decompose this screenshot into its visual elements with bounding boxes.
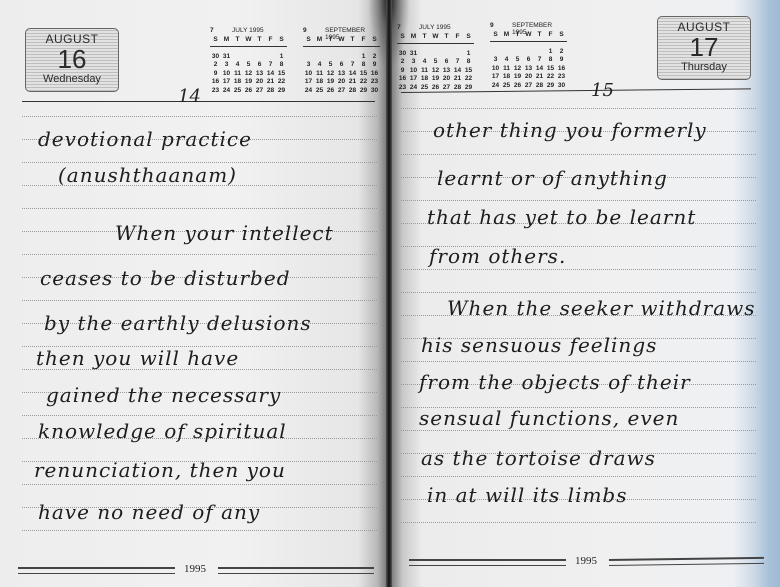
- handwriting-line: by the earthly delusions: [44, 311, 312, 335]
- calendar-day: 25: [501, 81, 512, 90]
- calendar-day: 28: [265, 86, 276, 95]
- calendar-day: 12: [325, 69, 336, 78]
- ruled-line: [401, 200, 756, 201]
- calendar-day: 4: [501, 56, 512, 65]
- calendar-day: [534, 47, 545, 56]
- calendar-day: 25: [314, 86, 325, 95]
- calendar-day: 3: [303, 61, 314, 70]
- handwriting-line: sensual functions, even: [419, 406, 679, 430]
- calendar-day: 7: [452, 58, 463, 67]
- calendar-day: 29: [358, 86, 369, 95]
- calendar-day: 23: [369, 78, 380, 87]
- calendar-day: 5: [325, 61, 336, 70]
- calendar-day: [336, 52, 347, 61]
- calendar-day: 15: [358, 69, 369, 78]
- calendar-day: 1: [545, 47, 556, 56]
- page-footer: 1995: [409, 556, 765, 568]
- calendar-day: 29: [463, 83, 474, 92]
- ruled-line: [401, 476, 756, 477]
- calendar-day: [243, 52, 254, 61]
- ruled-line: [22, 530, 377, 531]
- calendar-day: 20: [523, 73, 534, 82]
- calendar-month-index: 7: [210, 27, 214, 34]
- handwriting-line: gained the necessary: [46, 383, 281, 407]
- calendar-day: 7: [347, 61, 358, 70]
- handwriting-line: from the objects of their: [419, 370, 691, 394]
- calendar-day: [265, 52, 276, 61]
- calendar-day: 14: [347, 69, 358, 78]
- date-day: 16: [26, 46, 118, 72]
- calendar-day: 9: [210, 69, 221, 78]
- right-page: 7JULY 1995SMTWTFS30311234567891011121314…: [391, 0, 780, 587]
- calendar-day: 26: [243, 86, 254, 95]
- ruled-line: [22, 484, 377, 485]
- calendar-day: 5: [430, 58, 441, 67]
- handwriting-line: that has yet to be learnt: [427, 205, 696, 229]
- footer-rule-right: [218, 567, 374, 574]
- mini-calendar-september: 9SEPTEMBER 1995SMTWTFS123456789101112131…: [490, 22, 567, 90]
- calendar-day: 4: [419, 58, 430, 67]
- calendar-day: 23: [556, 73, 567, 82]
- calendar-day: 22: [463, 75, 474, 84]
- handwriting-line: have no need of any: [38, 500, 260, 524]
- weekday-header: W: [243, 35, 254, 44]
- calendar-day: 16: [397, 75, 408, 84]
- handwriting-line: learnt or of anything: [437, 166, 668, 190]
- calendar-day: [419, 49, 430, 58]
- weekday-header: T: [441, 32, 452, 41]
- weekday-header: F: [265, 35, 276, 44]
- calendar-day: 15: [545, 64, 556, 73]
- calendar-day: 21: [265, 78, 276, 87]
- calendar-month-index: 9: [303, 27, 307, 34]
- handwriting-line: When your intellect: [115, 221, 334, 245]
- date-box-left: AUGUST 16 Wednesday: [25, 28, 119, 92]
- calendar-day: 11: [501, 64, 512, 73]
- calendar-day: 14: [452, 66, 463, 75]
- calendar-grid: SMTWTFS303112345678910111213141516171819…: [210, 35, 287, 95]
- calendar-day: 16: [556, 64, 567, 73]
- footer-year: 1995: [184, 563, 206, 575]
- calendar-day: [490, 47, 501, 56]
- calendar-day: 17: [221, 78, 232, 87]
- calendar-day: 15: [463, 66, 474, 75]
- calendar-day: [452, 49, 463, 58]
- calendar-header: 7JULY 1995: [210, 27, 287, 35]
- weekday-header: S: [210, 35, 221, 44]
- calendar-day: 6: [523, 56, 534, 65]
- calendar-day: 30: [210, 52, 221, 61]
- calendar-day: 13: [254, 69, 265, 78]
- calendar-day: 31: [221, 52, 232, 61]
- calendar-day: 21: [347, 78, 358, 87]
- ruled-line: [401, 430, 756, 431]
- calendar-day: 4: [314, 61, 325, 70]
- calendar-day: [347, 52, 358, 61]
- calendar-day: 22: [276, 78, 287, 87]
- calendar-day: 23: [397, 83, 408, 92]
- calendar-day: 26: [512, 81, 523, 90]
- calendar-day: 27: [441, 83, 452, 92]
- weekday-header: F: [452, 32, 463, 41]
- calendar-day: 5: [512, 56, 523, 65]
- calendar-day: 20: [336, 78, 347, 87]
- handwriting-line: his sensuous feelings: [421, 333, 657, 357]
- calendar-day: 21: [534, 73, 545, 82]
- calendar-day: 29: [276, 86, 287, 95]
- ruled-line: [401, 522, 756, 523]
- calendar-day: 11: [314, 69, 325, 78]
- date-weekday: Thursday: [658, 61, 750, 73]
- calendar-day: 3: [490, 56, 501, 65]
- calendar-day: 14: [265, 69, 276, 78]
- calendar-rule: [210, 46, 287, 47]
- handwriting-line: (anushthaanam): [58, 163, 237, 187]
- calendar-day: 18: [232, 78, 243, 87]
- binding-gutter: [386, 0, 392, 587]
- calendar-day: 18: [419, 75, 430, 84]
- ruled-line: [22, 254, 377, 255]
- calendar-day: 13: [441, 66, 452, 75]
- calendar-day: 18: [314, 78, 325, 87]
- calendar-day: [303, 52, 314, 61]
- weekday-header: T: [232, 35, 243, 44]
- calendar-day: [512, 47, 523, 56]
- calendar-title: JULY 1995: [419, 24, 451, 31]
- footer-rule-left: [409, 559, 566, 566]
- calendar-day: 26: [430, 83, 441, 92]
- calendar-day: 16: [369, 69, 380, 78]
- ruled-line: [22, 300, 377, 301]
- calendar-day: 12: [512, 64, 523, 73]
- calendar-day: 24: [303, 86, 314, 95]
- calendar-day: 11: [419, 66, 430, 75]
- handwriting-line: knowledge of spiritual: [38, 419, 287, 443]
- page-number: 14: [178, 86, 201, 107]
- calendar-day: [441, 49, 452, 58]
- calendar-day: [325, 52, 336, 61]
- footer-rule-left: [18, 567, 175, 574]
- calendar-day: 23: [210, 86, 221, 95]
- calendar-day: 10: [303, 69, 314, 78]
- page-number: 15: [591, 80, 614, 101]
- calendar-day: 11: [232, 69, 243, 78]
- calendar-day: 10: [221, 69, 232, 78]
- weekday-header: M: [221, 35, 232, 44]
- calendar-day: 8: [545, 56, 556, 65]
- calendar-day: 5: [243, 61, 254, 70]
- calendar-day: 27: [336, 86, 347, 95]
- calendar-header: 9SEPTEMBER 1995: [490, 22, 567, 30]
- calendar-day: 7: [265, 61, 276, 70]
- date-weekday: Wednesday: [26, 73, 118, 85]
- calendar-day: 10: [490, 64, 501, 73]
- ruled-line: [22, 116, 377, 117]
- calendar-day: 28: [347, 86, 358, 95]
- ruled-line: [401, 269, 756, 270]
- calendar-day: 4: [232, 61, 243, 70]
- calendar-day: 12: [243, 69, 254, 78]
- calendar-day: 22: [545, 73, 556, 82]
- calendar-month-index: 9: [490, 22, 494, 29]
- calendar-day: 6: [254, 61, 265, 70]
- calendar-day: [314, 52, 325, 61]
- calendar-day: 15: [276, 69, 287, 78]
- calendar-day: 19: [325, 78, 336, 87]
- diary-spread: AUGUST 16 Wednesday 7JULY 1995SMTWTFS303…: [0, 0, 780, 587]
- handwriting-line: other thing you formerly: [433, 118, 707, 142]
- handwriting-line: from others.: [429, 244, 566, 268]
- calendar-day: 13: [523, 64, 534, 73]
- calendar-grid: SMTWTFS123456789101112131415161718192021…: [490, 30, 567, 90]
- calendar-day: 19: [243, 78, 254, 87]
- date-box-right: AUGUST 17 Thursday: [657, 16, 751, 80]
- calendar-day: 3: [221, 61, 232, 70]
- weekday-header: M: [314, 35, 325, 44]
- handwriting-line: When the seeker withdraws: [447, 296, 756, 320]
- page-footer: 1995: [18, 564, 374, 576]
- weekday-header: T: [254, 35, 265, 44]
- weekday-header: S: [303, 35, 314, 44]
- handwriting-line: as the tortoise draws: [421, 446, 656, 470]
- ruled-line: [22, 415, 377, 416]
- handwriting-line: then you will have: [36, 346, 239, 370]
- calendar-day: 25: [232, 86, 243, 95]
- footer-rule-right: [609, 557, 764, 566]
- weekday-header: S: [276, 35, 287, 44]
- calendar-day: 13: [336, 69, 347, 78]
- calendar-day: 2: [210, 61, 221, 70]
- ruled-line: [401, 292, 756, 293]
- calendar-day: [501, 47, 512, 56]
- calendar-day: 28: [534, 81, 545, 90]
- calendar-day: 27: [254, 86, 265, 95]
- calendar-day: [430, 49, 441, 58]
- calendar-day: 22: [358, 78, 369, 87]
- handwriting-line: renunciation, then you: [34, 458, 286, 482]
- handwriting-line: in at will its limbs: [427, 483, 628, 507]
- calendar-day: 14: [534, 64, 545, 73]
- calendar-day: 6: [441, 58, 452, 67]
- calendar-day: 16: [210, 78, 221, 87]
- calendar-day: 2: [556, 47, 567, 56]
- calendar-day: 7: [534, 56, 545, 65]
- calendar-day: 28: [452, 83, 463, 92]
- calendar-day: 19: [512, 73, 523, 82]
- calendar-day: 24: [408, 83, 419, 92]
- calendar-day: 20: [254, 78, 265, 87]
- calendar-day: 24: [490, 81, 501, 90]
- calendar-day: [232, 52, 243, 61]
- calendar-day: 8: [276, 61, 287, 70]
- calendar-day: 9: [556, 56, 567, 65]
- ruled-line: [401, 361, 756, 362]
- calendar-day: 8: [463, 58, 474, 67]
- calendar-day: 1: [463, 49, 474, 58]
- ruled-line: [22, 208, 377, 209]
- calendar-day: 30: [556, 81, 567, 90]
- ruled-line: [401, 108, 756, 109]
- calendar-day: 18: [501, 73, 512, 82]
- calendar-title: JULY 1995: [232, 27, 264, 34]
- weekday-header: M: [501, 30, 512, 39]
- calendar-day: 17: [490, 73, 501, 82]
- weekday-header: S: [490, 30, 501, 39]
- calendar-day: 27: [523, 81, 534, 90]
- calendar-day: [523, 47, 534, 56]
- handwriting-line: ceases to be disturbed: [40, 266, 291, 290]
- calendar-day: 21: [452, 75, 463, 84]
- calendar-day: [254, 52, 265, 61]
- calendar-day: 17: [303, 78, 314, 87]
- left-page: AUGUST 16 Wednesday 7JULY 1995SMTWTFS303…: [0, 0, 389, 587]
- calendar-day: 19: [430, 75, 441, 84]
- mini-calendar-july: 7JULY 1995SMTWTFS30311234567891011121314…: [210, 27, 287, 95]
- calendar-day: 24: [221, 86, 232, 95]
- calendar-title: SEPTEMBER 1995: [512, 22, 567, 36]
- date-day: 17: [658, 34, 750, 60]
- weekday-header: W: [430, 32, 441, 41]
- calendar-day: 25: [419, 83, 430, 92]
- footer-year: 1995: [575, 555, 597, 567]
- weekday-header: S: [463, 32, 474, 41]
- calendar-day: 17: [408, 75, 419, 84]
- calendar-day: 6: [336, 61, 347, 70]
- calendar-day: 20: [441, 75, 452, 84]
- calendar-rule: [490, 41, 567, 42]
- ruled-line: [401, 154, 756, 155]
- calendar-day: 30: [369, 86, 380, 95]
- handwriting-line: devotional practice: [38, 127, 252, 151]
- weekday-header: T: [419, 32, 430, 41]
- calendar-day: 29: [545, 81, 556, 90]
- calendar-day: 26: [325, 86, 336, 95]
- calendar-day: 12: [430, 66, 441, 75]
- calendar-day: 1: [276, 52, 287, 61]
